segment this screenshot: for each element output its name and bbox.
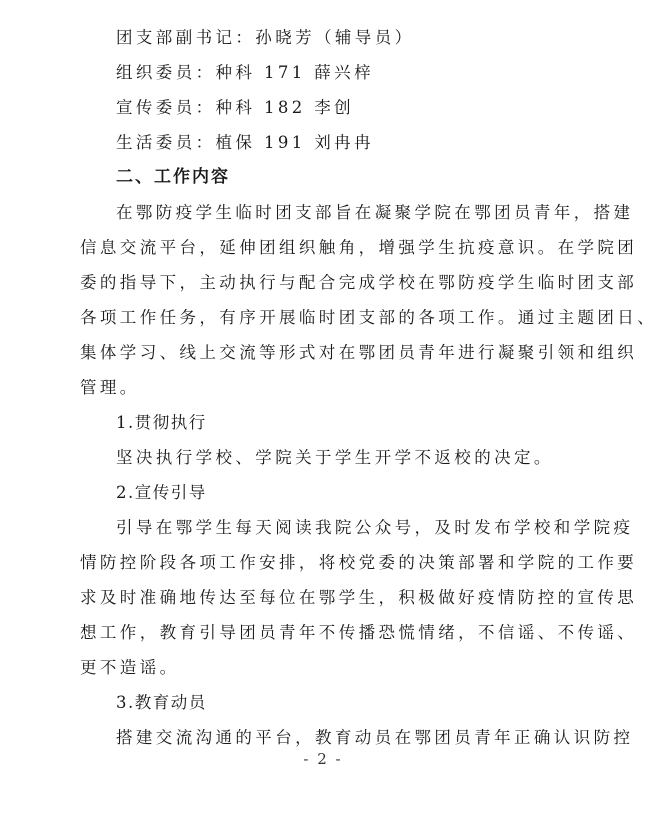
paragraph-line: 在鄂防疫学生临时团支部旨在凝聚学院在鄂团员青年，搭建 (116, 195, 570, 230)
paragraph-line: 更不造谣。 (80, 650, 570, 685)
paragraph-line: 求及时准确地传达至每位在鄂学生，积极做好疫情防控的宣传思 (80, 580, 570, 615)
paragraph-line: 管理。 (80, 370, 570, 405)
subsection-title: 1.贯彻执行 (116, 405, 606, 440)
paragraph-line: 坚决执行学校、学院关于学生开学不返校的决定。 (116, 440, 606, 475)
section-heading: 二、工作内容 (116, 160, 606, 195)
member-life: 生活委员：植保 191 刘冉冉 (116, 125, 606, 160)
paragraph-line: 引导在鄂学生每天阅读我院公众号，及时发布学校和学院疫 (116, 510, 570, 545)
document-page: 团支部副书记：孙晓芳（辅导员） 组织委员：种科 171 薛兴梓 宣传委员：种科 … (0, 0, 646, 828)
page-number: - 2 - (0, 750, 646, 768)
paragraph-line: 信息交流平台，延伸团组织触角，增强学生抗疫意识。在学院团 (80, 230, 570, 265)
paragraph-line: 各项工作任务，有序开展临时团支部的各项工作。通过主题团日、 (80, 300, 570, 335)
member-publicity: 宣传委员：种科 182 李创 (116, 90, 606, 125)
paragraph-line: 委的指导下，主动执行与配合完成学校在鄂防疫学生临时团支部 (80, 265, 570, 300)
member-deputy-secretary: 团支部副书记：孙晓芳（辅导员） (116, 20, 606, 55)
member-organization: 组织委员：种科 171 薛兴梓 (116, 55, 606, 90)
paragraph-line: 情防控阶段各项工作安排，将校党委的决策部署和学院的工作要 (80, 545, 570, 580)
subsection-title: 3.教育动员 (116, 685, 606, 720)
paragraph-line: 想工作，教育引导团员青年不传播恐慌情绪，不信谣、不传谣、 (80, 615, 570, 650)
subsection-title: 2.宣传引导 (116, 475, 606, 510)
paragraph-line: 集体学习、线上交流等形式对在鄂团员青年进行凝聚引领和组织 (80, 335, 570, 370)
